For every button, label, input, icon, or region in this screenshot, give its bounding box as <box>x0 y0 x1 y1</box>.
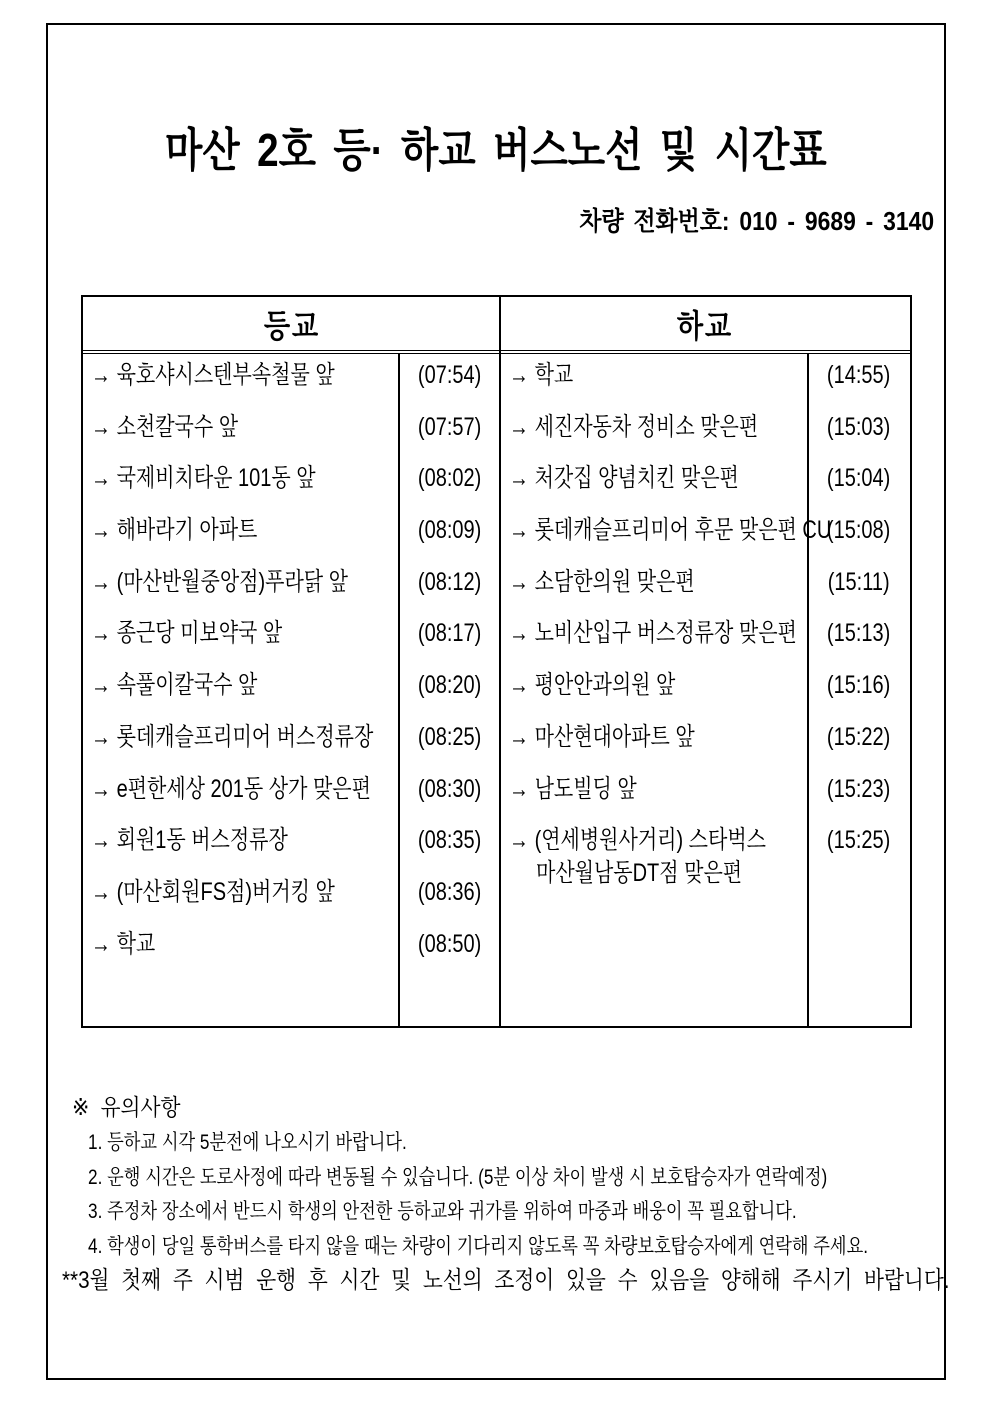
return-stops-list: → 학교 → 세진자동차 정비소 맞은편 <box>501 354 807 1026</box>
vehicle-phone-number: 차량 전화번호: 010 - 9689 - 3140 <box>531 204 934 238</box>
timetable-header-row: 등교 하교 <box>83 297 910 354</box>
stop-time: (08:20) <box>418 669 481 702</box>
arrow-icon: → <box>91 413 111 441</box>
stop-time-row: (08:20) <box>400 664 499 716</box>
bus-timetable: 등교 하교 → 육호샤시스텐부속철물 앞 <box>81 295 912 1028</box>
footnote: **3월 첫째 주 시범 운행 후 시간 및 노선의 조정이 있을 수 있음을 … <box>62 1264 992 1298</box>
bus-stop-row: → 처갓집 양념치킨 맞은편 <box>501 457 807 509</box>
arrow-icon: → <box>91 826 111 854</box>
stop-time-row: (15:25) <box>809 819 908 871</box>
stop-name: 국제비치타운 101동 앞 <box>117 464 316 492</box>
stop-time-row: (15:04) <box>809 457 908 509</box>
stop-time: (07:57) <box>418 411 481 444</box>
stop-name: 소천칼국수 앞 <box>117 413 238 441</box>
arrow-icon: → <box>91 516 111 544</box>
bus-stop-row: → e편한세상 201동 상가 맞은편 <box>83 768 398 820</box>
bus-stop-row: → (마산회원FS점)버거킹 앞 <box>83 871 398 923</box>
stop-name: 마산현대아파트 앞 <box>535 723 695 751</box>
stop-time-row: (08:36) <box>400 871 499 923</box>
arrow-icon: → <box>91 671 111 699</box>
stop-name: 롯데캐슬프리미어 후문 맞은편 CU <box>535 516 832 544</box>
stop-time: (08:09) <box>418 514 481 547</box>
stop-name: 롯데캐슬프리미어 버스정류장 <box>117 723 374 751</box>
stop-name: 육호샤시스텐부속철물 앞 <box>117 361 335 389</box>
note-item-text: 1. 등하교 시각 5분전에 나오시기 바랍니다. <box>88 1126 407 1161</box>
stop-name: 해바라기 아파트 <box>117 516 258 544</box>
vehicle-phone-text: 차량 전화번호: 010 - 9689 - 3140 <box>579 204 934 238</box>
bus-stop-row: → 회원1동 버스정류장 <box>83 819 398 871</box>
note-item-text: 2. 운행 시간은 도로사정에 따라 변동될 수 있습니다. (5분 이상 차이… <box>88 1161 827 1196</box>
stop-time-row: (15:03) <box>809 406 908 458</box>
arrow-icon: → <box>509 775 529 803</box>
stop-name: 평안안과의원 앞 <box>535 671 676 699</box>
bus-stop-row: → 종근당 미보약국 앞 <box>83 612 398 664</box>
stop-name-line2: 마산월남동DT점 맞은편 <box>536 857 742 890</box>
stop-time-row: (15:16) <box>809 664 908 716</box>
column-header-departure: 등교 <box>83 297 500 350</box>
bus-stop-row: → 남도빌딩 앞 <box>501 768 807 820</box>
bus-stop-row: → 학교 <box>83 923 398 975</box>
stop-time: (15:13) <box>827 617 890 650</box>
stop-time: (08:36) <box>418 876 481 909</box>
bus-stop-row: → 롯데캐슬프리미어 버스정류장 <box>83 716 398 768</box>
note-item-text: 3. 주정차 장소에서 반드시 학생의 안전한 등하교와 귀가를 위하여 마중과… <box>88 1195 797 1230</box>
bus-stop-row: → 세진자동차 정비소 맞은편 <box>501 406 807 458</box>
bus-stop-row: → 롯데캐슬프리미어 후문 맞은편 CU <box>501 509 807 561</box>
note-item: 1. 등하교 시각 5분전에 나오시기 바랍니다. <box>88 1126 992 1161</box>
bus-stop-row: → 해바라기 아파트 <box>83 509 398 561</box>
arrow-icon: → <box>509 671 529 699</box>
stop-time: (08:02) <box>418 462 481 495</box>
stop-time: (15:04) <box>827 462 890 495</box>
stop-time: (14:55) <box>827 359 890 392</box>
note-item: 2. 운행 시간은 도로사정에 따라 변동될 수 있습니다. (5분 이상 차이… <box>88 1161 992 1196</box>
stop-time-row: (15:22) <box>809 716 908 768</box>
bus-stop-row: → (연세병원사거리) 스타벅스 마산월남동DT점 맞은편 <box>501 819 807 871</box>
stop-time: (15:23) <box>827 773 890 806</box>
bus-stop-row: → 육호샤시스텐부속철물 앞 <box>83 354 398 406</box>
arrow-icon: → <box>91 464 111 492</box>
arrow-icon: → <box>509 413 529 441</box>
stop-name: 처갓집 양념치킨 맞은편 <box>535 464 739 492</box>
stop-name: (연세병원사거리) 스타벅스 <box>535 826 766 854</box>
arrow-icon: → <box>509 516 529 544</box>
stop-time-row: (15:08) <box>809 509 908 561</box>
stop-time-row: (15:23) <box>809 768 908 820</box>
column-header-return: 하교 <box>500 297 910 350</box>
stop-name: 노비산입구 버스정류장 맞은편 <box>535 619 797 647</box>
stop-time-row: (08:25) <box>400 716 499 768</box>
bus-stop-row: → (마산반월중앙점)푸라닭 앞 <box>83 561 398 613</box>
stop-name: (마산반월중앙점)푸라닭 앞 <box>117 568 348 596</box>
bus-stop-row: → 속풀이칼국수 앞 <box>83 664 398 716</box>
stop-time-row: (15:13) <box>809 612 908 664</box>
stop-time-row: (07:54) <box>400 354 499 406</box>
stop-time: (07:54) <box>418 359 481 392</box>
stop-time: (15:03) <box>827 411 890 444</box>
arrow-icon: → <box>91 775 111 803</box>
stop-time: (08:12) <box>418 566 481 599</box>
arrow-icon: → <box>509 568 529 596</box>
stop-time: (08:30) <box>418 773 481 806</box>
stop-time-row: (08:02) <box>400 457 499 509</box>
stop-time-row: (08:35) <box>400 819 499 871</box>
stop-time-row: (08:30) <box>400 768 499 820</box>
bus-stop-row: → 국제비치타운 101동 앞 <box>83 457 398 509</box>
stop-time-row: (08:09) <box>400 509 499 561</box>
arrow-icon: → <box>91 619 111 647</box>
stop-name: 세진자동차 정비소 맞은편 <box>535 413 759 441</box>
stop-time: (08:25) <box>418 721 481 754</box>
stop-name: 학교 <box>117 930 156 958</box>
departure-stops-list: → 육호샤시스텐부속철물 앞 → 소천칼국수 앞 <box>83 354 398 1026</box>
stop-time: (15:16) <box>827 669 890 702</box>
return-times-list: (14:55) (15:03) (15:04) (15:08) (15:11) <box>809 354 908 1026</box>
arrow-icon: → <box>509 619 529 647</box>
stop-name: 남도빌딩 앞 <box>535 775 637 803</box>
stop-time-row: (14:55) <box>809 354 908 406</box>
stop-time: (15:22) <box>827 721 890 754</box>
notes-heading-text: ※ 유의사항 <box>72 1091 180 1123</box>
stop-time-row: (08:12) <box>400 561 499 613</box>
document-canvas: 마산 2호 등· 하교 버스노선 및 시간표 차량 전화번호: 010 - 96… <box>0 0 992 1403</box>
stop-name: e편한세상 201동 상가 맞은편 <box>117 775 371 803</box>
stop-name: (마산회원FS점)버거킹 앞 <box>117 878 335 906</box>
bus-stop-row: → 평안안과의원 앞 <box>501 664 807 716</box>
arrow-icon: → <box>91 930 111 958</box>
departure-header-text: 등교 <box>264 301 320 347</box>
stop-time: (15:08) <box>827 514 890 547</box>
page-title-text: 마산 2호 등· 하교 버스노선 및 시간표 <box>165 122 827 178</box>
stop-name: 소담한의원 맞은편 <box>535 568 695 596</box>
arrow-icon: → <box>509 826 529 854</box>
page-title: 마산 2호 등· 하교 버스노선 및 시간표 <box>0 122 992 178</box>
notes-heading: ※ 유의사항 <box>72 1091 193 1123</box>
stop-time: (08:35) <box>418 824 481 857</box>
bus-stop-row: → 학교 <box>501 354 807 406</box>
stop-time-row: (07:57) <box>400 406 499 458</box>
arrow-icon: → <box>91 361 111 389</box>
arrow-icon: → <box>509 723 529 751</box>
bus-stop-row: → 마산현대아파트 앞 <box>501 716 807 768</box>
bus-stop-row: → 소천칼국수 앞 <box>83 406 398 458</box>
stop-name: 회원1동 버스정류장 <box>117 826 288 854</box>
stop-name: 속풀이칼국수 앞 <box>117 671 258 699</box>
note-item: 3. 주정차 장소에서 반드시 학생의 안전한 등하교와 귀가를 위하여 마중과… <box>88 1195 992 1230</box>
arrow-icon: → <box>91 568 111 596</box>
stop-name: 종근당 미보약국 앞 <box>117 619 283 647</box>
stop-time: (15:25) <box>827 824 890 857</box>
bus-stop-row: → 노비산입구 버스정류장 맞은편 <box>501 612 807 664</box>
stop-time: (08:17) <box>418 617 481 650</box>
arrow-icon: → <box>91 723 111 751</box>
arrow-icon: → <box>91 878 111 906</box>
footnote-text: **3월 첫째 주 시범 운행 후 시간 및 노선의 조정이 있을 수 있음을 … <box>62 1264 949 1298</box>
arrow-icon: → <box>509 361 529 389</box>
stop-time: (08:50) <box>418 928 481 961</box>
departure-times-list: (07:54) (07:57) (08:02) (08:09) (08:12) <box>400 354 499 1026</box>
stop-time: (15:11) <box>828 566 890 599</box>
notes-list: 1. 등하교 시각 5분전에 나오시기 바랍니다. 2. 운행 시간은 도로사정… <box>88 1126 992 1264</box>
stop-time-row: (08:50) <box>400 923 499 975</box>
return-header-text: 하교 <box>677 301 733 347</box>
stop-name: 학교 <box>535 361 574 389</box>
bus-stop-row: → 소담한의원 맞은편 <box>501 561 807 613</box>
note-item: 4. 학생이 당일 통학버스를 타지 않을 때는 차량이 기다리지 않도록 꼭 … <box>88 1230 992 1265</box>
stop-time-row: (15:11) <box>809 561 908 613</box>
note-item-text: 4. 학생이 당일 통학버스를 타지 않을 때는 차량이 기다리지 않도록 꼭 … <box>88 1230 868 1265</box>
stop-time-row: (08:17) <box>400 612 499 664</box>
arrow-icon: → <box>509 464 529 492</box>
